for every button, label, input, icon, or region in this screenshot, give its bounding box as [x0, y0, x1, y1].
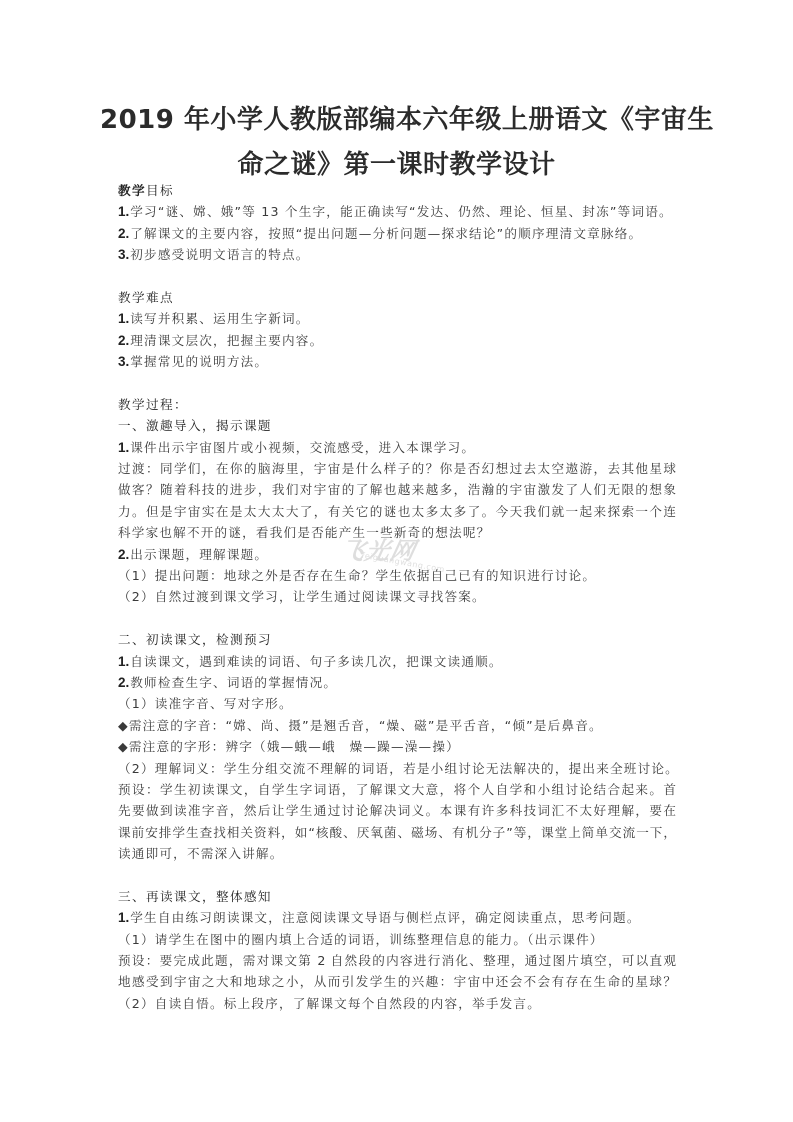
part-heading-1: 一、激趣导入，揭示课题 [118, 415, 676, 436]
document-page: 2019 年小学人教版部编本六年级上册语文《宇宙生 命之谜》第一课时教学设计 教… [0, 0, 793, 1122]
item-number: 1. [118, 204, 129, 219]
transition-line: 过渡：同学们，在你的脑海里，宇宙是什么样子的？你是否幻想过去太空遨游，去其他星球 [118, 458, 676, 479]
item-text: 自读课文，遇到难读的词语、句子多读几次，把课文读通顺。 [130, 654, 502, 669]
preset-line: 地感受到宇宙之大和地球之小，从而引发学生的兴趣：宇宙中还会不会有存在生命的星球？ [118, 971, 676, 992]
sub-step: （2）自然过渡到课文学习，让学生通过阅读课文寻找答案。 [118, 586, 676, 607]
blank-line [118, 373, 676, 394]
part-heading-3: 三、再读课文，整体感知 [118, 886, 676, 907]
heading-strong: 教学 [118, 183, 146, 198]
difficulty-item: 1.读写并积累、运用生字新词。 [118, 308, 676, 329]
item-number: 1. [118, 654, 129, 669]
title-line-1: 2019 年小学人教版部编本六年级上册语文《宇宙生 [100, 98, 693, 143]
part-heading-2: 二、初读课文，检测预习 [118, 629, 676, 650]
section-heading-process: 教学过程： [118, 394, 676, 415]
section-heading-objectives: 教学目标 [118, 180, 676, 201]
transition-line: 力。但是宇宙实在是太大太大了，有关它的谜也太多太多了。今天我们就一起来探索一个连 [118, 501, 676, 522]
preset-line: 读通即可，不需深入讲解。 [118, 843, 676, 864]
difficulty-item: 2.理清课文层次，把握主要内容。 [118, 330, 676, 351]
process-step: 2.出示课题，理解课题。 [118, 544, 676, 565]
item-text: 学生自由练习朗读课文，注意阅读课文导语与侧栏点评，确定阅读重点，思考问题。 [130, 910, 640, 925]
objective-item: 2.了解课文的主要内容，按照“提出问题—分析问题—探求结论”的顺序理清文章脉络。 [118, 223, 676, 244]
note-line: ◆需注意的字形：辨字（娥—蛾—峨 燥—躁—澡—操） [118, 736, 676, 757]
item-number: 2. [118, 547, 129, 562]
item-text: 理清课文层次，把握主要内容。 [130, 333, 323, 348]
objective-item: 3.初步感受说明文语言的特点。 [118, 244, 676, 265]
transition-line: 科学家也解不开的谜，看我们是否能产生一些新奇的想法呢？ [118, 522, 676, 543]
item-text: 读写并积累、运用生字新词。 [130, 311, 309, 326]
difficulty-item: 3.掌握常见的说明方法。 [118, 351, 676, 372]
item-text: 出示课题，理解课题。 [130, 547, 268, 562]
document-body: 教学目标 1.学习“谜、嫦、娥”等 13 个生字，能正确读写“发达、仍然、理论、… [118, 180, 676, 1014]
process-step: 1.学生自由练习朗读课文，注意阅读课文导语与侧栏点评，确定阅读重点，思考问题。 [118, 907, 676, 928]
process-step: 1.课件出示宇宙图片或小视频，交流感受，进入本课学习。 [118, 437, 676, 458]
document-title: 2019 年小学人教版部编本六年级上册语文《宇宙生 命之谜》第一课时教学设计 [100, 98, 693, 188]
blank-line [118, 608, 676, 629]
sub-step: （2）理解词义：学生分组交流不理解的词语，若是小组讨论无法解决的，提出来全班讨论… [118, 758, 676, 779]
item-text: 初步感受说明文语言的特点。 [130, 247, 309, 262]
sub-step: （1）读准字音、写对字形。 [118, 693, 676, 714]
transition-line: 做客？随着科技的进步，我们对宇宙的了解也越来越多，浩瀚的宇宙激发了人们无限的想象 [118, 479, 676, 500]
item-text: 课件出示宇宙图片或小视频，交流感受，进入本课学习。 [130, 440, 475, 455]
section-heading-difficulties: 教学难点 [118, 287, 676, 308]
item-number: 3. [118, 247, 129, 262]
item-text: 掌握常见的说明方法。 [130, 354, 268, 369]
process-step: 2.教师检查生字、词语的掌握情况。 [118, 672, 676, 693]
preset-line: 预设：要完成此题，需对课文第 2 自然段的内容进行消化、整理，通过图片填空，可以… [118, 950, 676, 971]
item-text: 了解课文的主要内容，按照“提出问题—分析问题—探求结论”的顺序理清文章脉络。 [130, 226, 642, 241]
preset-line: 预设：学生初读课文，自学生字词语，了解课文大意，将个人自学和小组讨论结合起来。首 [118, 779, 676, 800]
item-number: 1. [118, 311, 129, 326]
sub-step: （1）提出问题：地球之外是否存在生命？学生依据自己已有的知识进行讨论。 [118, 565, 676, 586]
process-step: 1.自读课文，遇到难读的词语、句子多读几次，把课文读通顺。 [118, 651, 676, 672]
item-number: 1. [118, 440, 129, 455]
preset-line: 课前安排学生查找相关资料，如“核酸、厌氧菌、磁场、有机分子”等，课堂上简单交流一… [118, 822, 676, 843]
blank-line [118, 266, 676, 287]
item-number: 2. [118, 675, 129, 690]
item-number: 3. [118, 354, 129, 369]
item-number: 2. [118, 226, 129, 241]
item-number: 2. [118, 333, 129, 348]
item-text: 教师检查生字、词语的掌握情况。 [130, 675, 337, 690]
sub-step: （2）自读自悟。标上段序，了解课文每个自然段的内容，举手发言。 [118, 993, 676, 1014]
blank-line [118, 865, 676, 886]
item-number: 1. [118, 910, 129, 925]
preset-line: 先要做到读准字音，然后让学生通过讨论解决词义。本课有许多科技词汇不太好理解，要在 [118, 800, 676, 821]
item-text: 学习“谜、嫦、娥”等 13 个生字，能正确读写“发达、仍然、理论、恒星、封冻”等… [130, 204, 673, 219]
objective-item: 1.学习“谜、嫦、娥”等 13 个生字，能正确读写“发达、仍然、理论、恒星、封冻… [118, 201, 676, 222]
note-line: ◆需注意的字音：“嫦、尚、摄”是翘舌音，“燥、磁”是平舌音，“倾”是后鼻音。 [118, 715, 676, 736]
sub-step: （1）请学生在图中的圈内填上合适的词语，训练整理信息的能力。（出示课件） [118, 929, 676, 950]
heading-rest: 目标 [146, 183, 174, 198]
